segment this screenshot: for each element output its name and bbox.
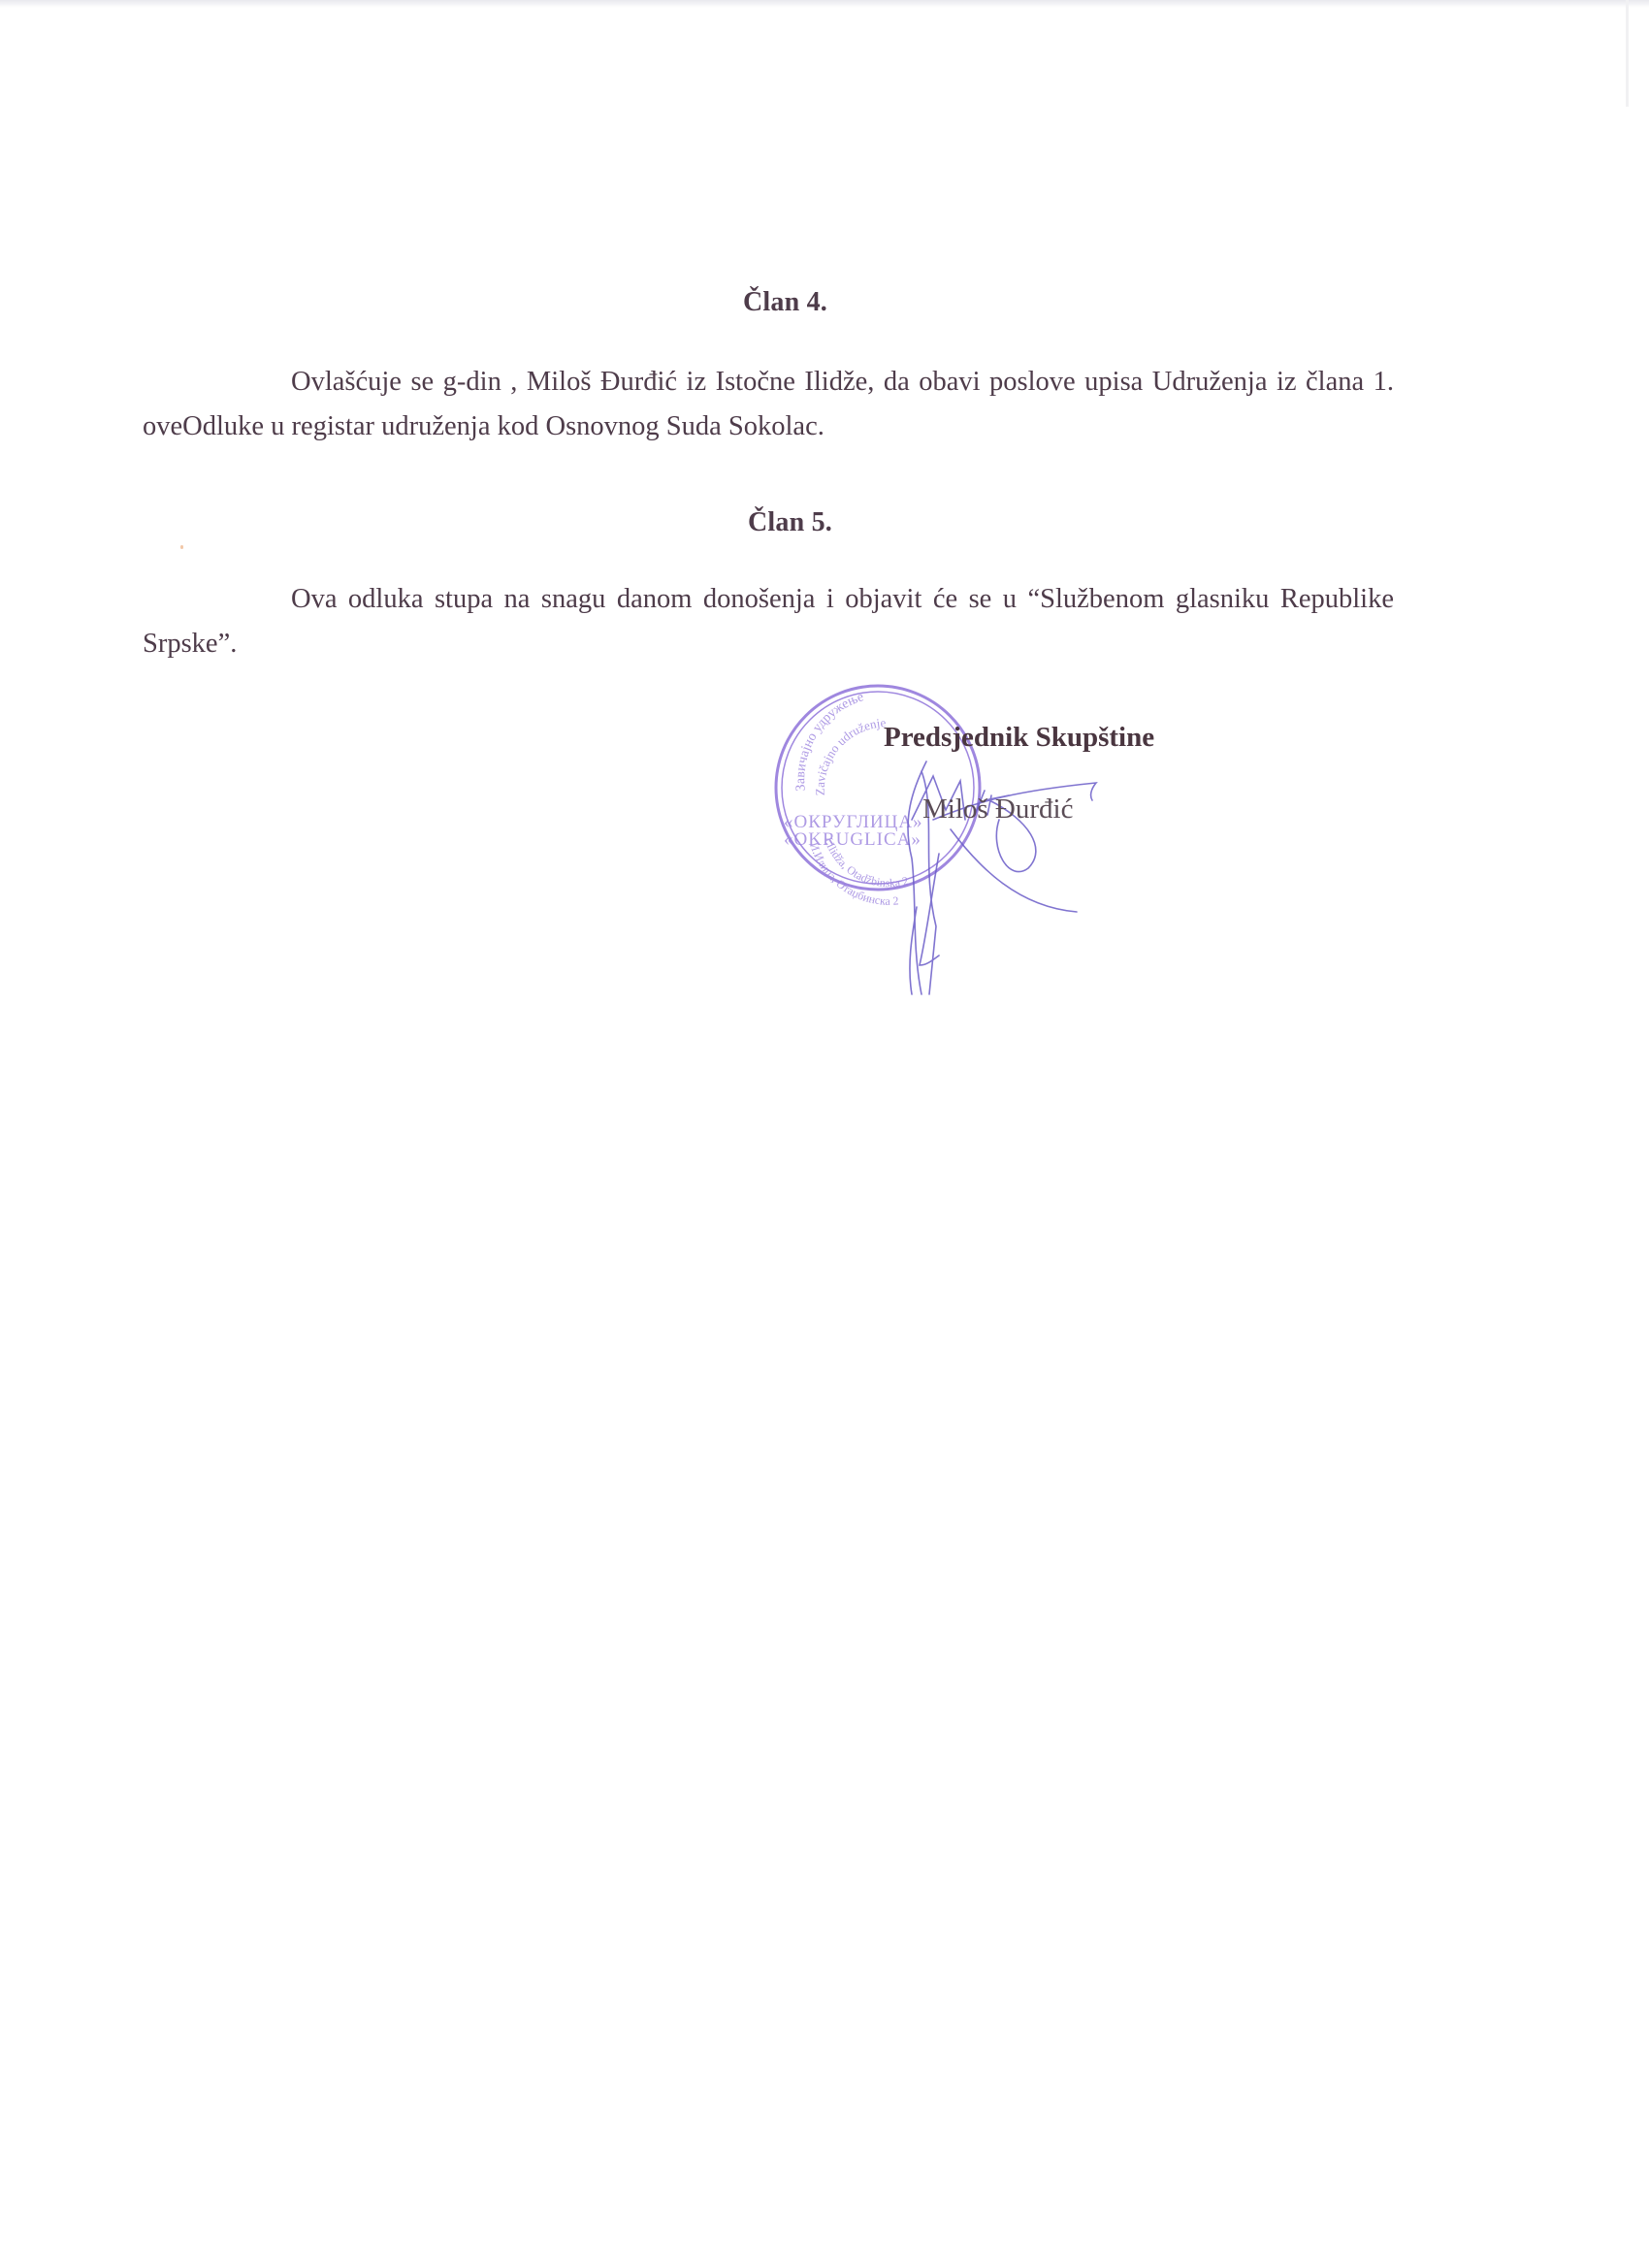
paper-speck [180,545,183,549]
signature-name: Miloš Đurđić [922,794,1073,826]
article-4-paragraph: Ovlašćuje se g-din , Miloš Đurđić iz Ist… [143,360,1394,449]
article-5-heading: Član 5. [748,507,832,538]
article-5-text: Ova odluka stupa na snagu danom donošenj… [143,584,1394,659]
article-4-heading: Član 4. [743,287,827,318]
scan-right-edge [1626,0,1629,107]
article-5-paragraph: Ova odluka stupa na snagu danom donošenj… [143,577,1394,666]
article-4-text: Ovlašćuje se g-din , Miloš Đurđić iz Ist… [143,367,1394,441]
stamp-center-line-2: «OKRUGLICA» [784,829,921,850]
scan-top-edge [0,0,1649,8]
signature-title: Predsjednik Skupštine [884,722,1154,754]
